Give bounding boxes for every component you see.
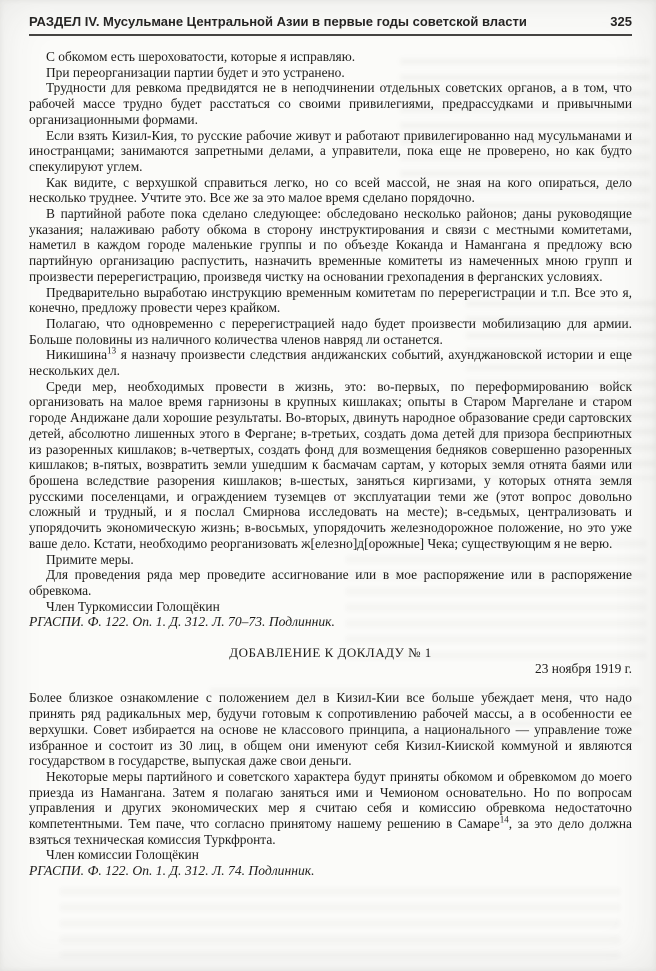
- paragraph-text: Никишина: [46, 347, 107, 362]
- running-header: РАЗДЕЛ IV. Мусульмане Центральной Азии в…: [29, 14, 632, 36]
- footnote-marker-13: 13: [107, 346, 116, 356]
- paragraph-text: я назначу произвести следствия андижанск…: [29, 347, 632, 378]
- bleed-through-texture: [60, 888, 620, 958]
- paragraph: Примите меры.: [29, 552, 632, 568]
- archive-reference: РГАСПИ. Ф. 122. Оп. 1. Д. 312. Л. 70–73.…: [29, 614, 632, 630]
- paragraph: Предварительно выработаю инструкцию врем…: [29, 285, 632, 316]
- section-title: РАЗДЕЛ IV. Мусульмане Центральной Азии в…: [29, 14, 527, 29]
- document-2: ДОБАВЛЕНИЕ К ДОКЛАДУ № 1 23 ноября 1919 …: [29, 645, 632, 879]
- signature-line: Член комиссии Голощёкин: [29, 847, 632, 863]
- book-page: РАЗДЕЛ IV. Мусульмане Центральной Азии в…: [0, 0, 656, 971]
- archive-reference: РГАСПИ. Ф. 122. Оп. 1. Д. 312. Л. 74. По…: [29, 863, 632, 879]
- paragraph: Среди мер, необходимых провести в жизнь,…: [29, 379, 632, 552]
- paragraph: Как видите, с верхушкой справиться легко…: [29, 175, 632, 206]
- document-heading: ДОБАВЛЕНИЕ К ДОКЛАДУ № 1: [29, 645, 632, 661]
- signature-line: Член Туркомиссии Голощёкин: [29, 599, 632, 615]
- paragraph: В партийной работе пока сделано следующе…: [29, 206, 632, 285]
- paragraph: Трудности для ревкома предвидятся не в н…: [29, 80, 632, 127]
- document-date: 23 ноября 1919 г.: [29, 661, 632, 677]
- paragraph: Если взять Кизил-Кия, то русские рабочие…: [29, 128, 632, 175]
- paragraph: Для проведения ряда мер проведите ассигн…: [29, 567, 632, 598]
- document-1: С обкомом есть шероховатости, которые я …: [29, 49, 632, 630]
- paragraph: Полагаю, что одновременно с перерегистра…: [29, 316, 632, 347]
- paragraph-with-footnote: Никишина13 я назначу произвести следстви…: [29, 347, 632, 378]
- footnote-marker-14: 14: [500, 815, 509, 825]
- paragraph: При переорганизации партии будет и это у…: [29, 65, 632, 81]
- paragraph: Более близкое ознакомление с положением …: [29, 690, 632, 769]
- paragraph-with-footnote: Некоторые меры партийного и советского х…: [29, 769, 632, 848]
- page-number: 325: [610, 14, 632, 29]
- paragraph: С обкомом есть шероховатости, которые я …: [29, 49, 632, 65]
